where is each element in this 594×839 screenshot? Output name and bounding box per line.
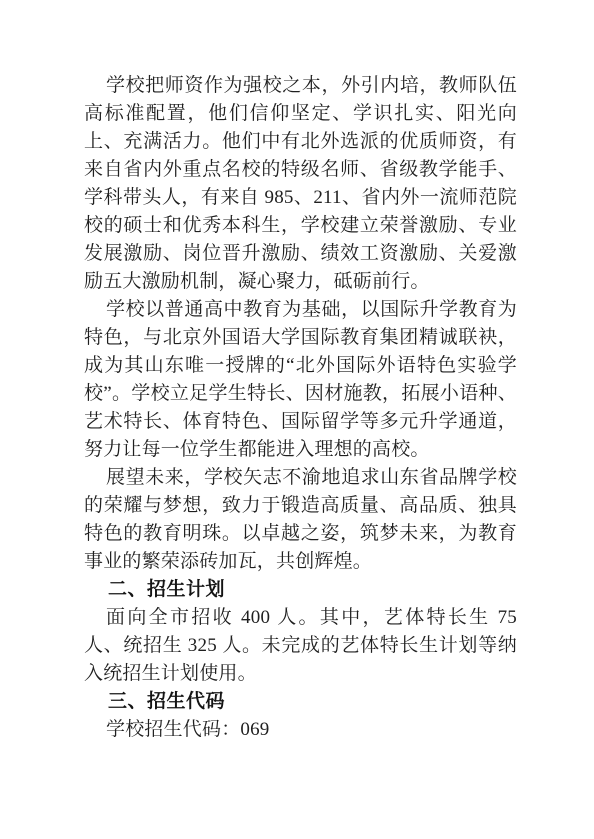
document-content: 学校把师资作为强校之本，外引内培，教师队伍高标准配置，他们信仰坚定、学识扎实、阳… xyxy=(84,72,517,744)
paragraph-faculty-strength: 学校把师资作为强校之本，外引内培，教师队伍高标准配置，他们信仰坚定、学识扎实、阳… xyxy=(84,72,517,296)
heading-enrollment-plan: 二、招生计划 xyxy=(84,576,517,604)
heading-enrollment-code: 三、招生代码 xyxy=(84,688,517,716)
paragraph-future-outlook: 展望未来，学校矢志不渝地追求山东省品牌学校的荣耀与梦想，致力于锻造高质量、高品质… xyxy=(84,464,517,576)
paragraph-international-education: 学校以普通高中教育为基础，以国际升学教育为特色，与北京外国语大学国际教育集团精诚… xyxy=(84,296,517,464)
document-page: 学校把师资作为强校之本，外引内培，教师队伍高标准配置，他们信仰坚定、学识扎实、阳… xyxy=(0,0,594,839)
paragraph-enrollment-code: 学校招生代码：069 xyxy=(84,716,517,744)
paragraph-enrollment-plan: 面向全市招收 400 人。其中，艺体特长生 75 人、统招生 325 人。未完成… xyxy=(84,604,517,688)
